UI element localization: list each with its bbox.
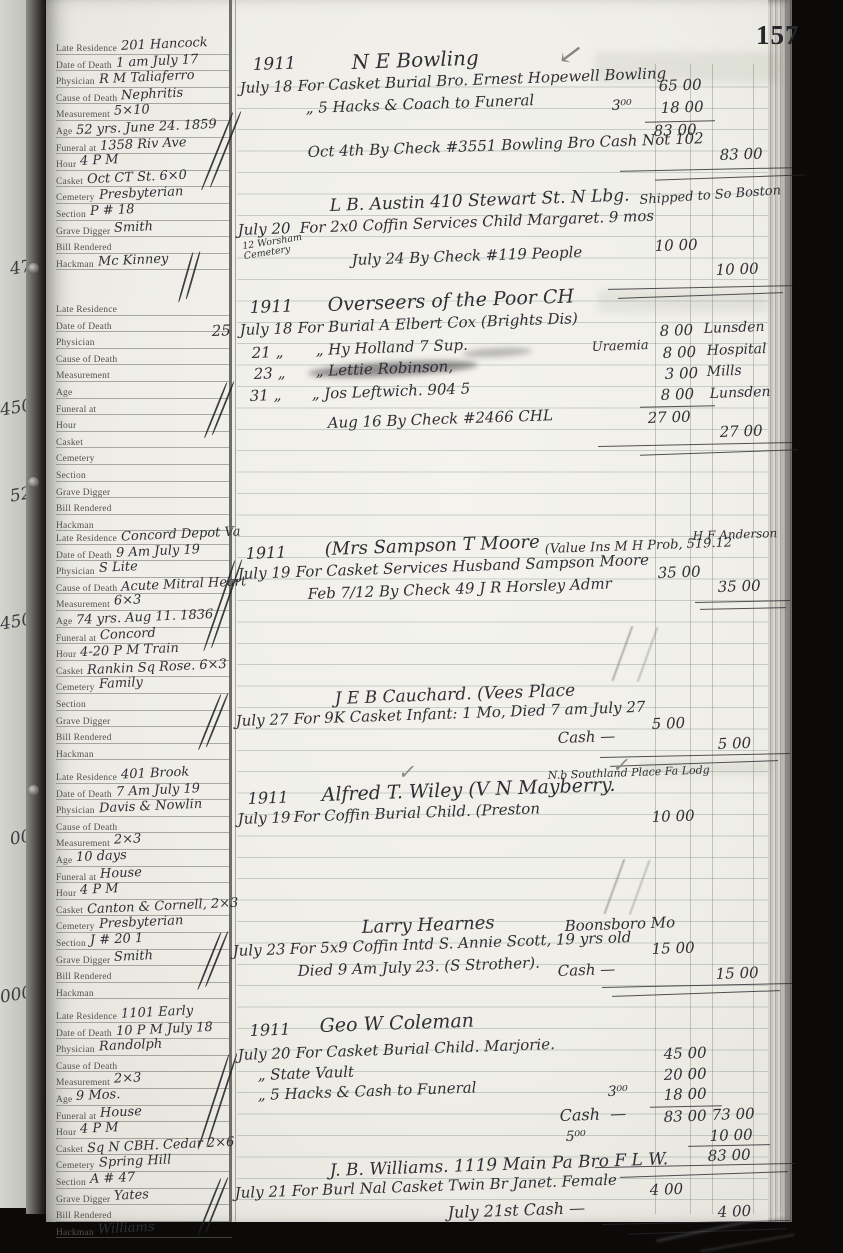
amount: 45 00 (663, 1046, 706, 1062)
cause-note: Uraemia (592, 339, 649, 354)
form-value: Nephritis (121, 85, 184, 103)
cash-note: July 21st Cash — (447, 1200, 585, 1221)
form-label: Bill Rendered (56, 504, 112, 514)
form-value: 9 Mos. (76, 1087, 121, 1104)
form-label: Physician (56, 77, 95, 87)
scanned-ledger-page: 474505245000000 157 Late Residence201 Ha… (0, 0, 843, 1253)
form-value: 401 Brook (121, 765, 190, 783)
form-value: 1101 Early (121, 1003, 194, 1021)
form-label: Cause of Death (56, 94, 117, 104)
form-label: Section (56, 939, 86, 949)
form-label: Hour (56, 650, 76, 660)
cash-note: Cash — (559, 1106, 626, 1124)
entry-date: 23 „ (253, 366, 285, 382)
form-label: Cause of Death (56, 355, 117, 365)
record-block-2: Late ResidenceDate of DeathPhysicianCaus… (56, 299, 232, 531)
form-row: Hour (56, 415, 232, 432)
amount: 35 00 (657, 565, 700, 581)
amount: 4 00 (649, 1182, 683, 1198)
row-number: 25 (211, 323, 231, 339)
form-label: Hour (56, 889, 76, 899)
entry-date: July 19 (237, 565, 290, 582)
form-row: SectionA # 47 (56, 1172, 232, 1189)
margin-note: Hospital (707, 342, 767, 358)
form-row: Bill Rendered (56, 498, 232, 515)
form-row: Age52 yrs. June 24. 1859 (56, 121, 232, 138)
form-value: 2×3 (114, 832, 142, 848)
form-value: Concord (100, 625, 156, 642)
form-row: CemeteryPresbyterian (56, 916, 232, 933)
form-row: Measurement2×3 (56, 833, 232, 850)
form-label: Funeral at (56, 405, 96, 415)
form-label: Casket (56, 438, 83, 448)
form-row: Funeral atHouse (56, 867, 232, 884)
form-label: Hour (56, 160, 76, 170)
form-label: Late Residence (56, 305, 117, 315)
form-label: Casket (56, 1145, 83, 1155)
form-label: Date of Death (56, 551, 112, 561)
form-row: Grave Digger (56, 711, 232, 728)
form-row: Date of Death (56, 316, 232, 333)
form-value: Presbyterian (98, 185, 183, 204)
form-value: 74 yrs. Aug 11. 1836 (76, 607, 214, 628)
form-label: Bill Rendered (56, 733, 112, 743)
form-label: Grave Digger (56, 488, 110, 498)
form-value: 5×10 (114, 103, 150, 120)
entry-description: „ State Vault (257, 1065, 354, 1083)
entry-date: 21 „ (251, 345, 283, 361)
amount-column-line (712, 64, 713, 1214)
form-label: Date of Death (56, 1029, 112, 1039)
form-label: Bill Rendered (56, 243, 112, 253)
record-block-3: Late ResidenceConcord Depot VaDate of De… (56, 528, 232, 760)
form-label: Age (56, 856, 72, 866)
form-label: Hour (56, 1128, 76, 1138)
form-label: Section (56, 210, 86, 220)
form-label: Hackman (56, 750, 94, 760)
form-label: Cemetery (56, 454, 95, 464)
account-name: N E Bowling (351, 48, 479, 72)
form-label: Cemetery (56, 922, 95, 932)
form-row: SectionJ # 20 1 (56, 933, 232, 950)
entry-year: 1911 (252, 56, 296, 74)
entry-year: 1911 (249, 1022, 290, 1039)
form-row: Grave DiggerSmith (56, 950, 232, 967)
form-value: 10 days (76, 848, 127, 865)
form-value: Smith (114, 219, 154, 236)
form-label: Bill Rendered (56, 972, 112, 982)
form-label: Physician (56, 806, 95, 816)
entry-date: 31 „ (249, 388, 281, 404)
form-row: PhysicianDavis & Nowlin (56, 800, 232, 817)
amount: 8 00 (662, 345, 696, 361)
edge-number-fragment: 52 (9, 483, 26, 506)
form-row: Section (56, 694, 232, 711)
binding-post (28, 785, 39, 796)
binding-post (28, 263, 39, 274)
form-row: PhysicianR M Taliaferro (56, 71, 232, 88)
form-label: Measurement (56, 600, 110, 610)
form-value: 9 Am July 19 (116, 542, 201, 561)
rate: 3⁰⁰ (608, 1084, 629, 1099)
form-row: Cause of DeathAcute Mitral Heart (56, 578, 232, 595)
edge-number-fragment: 450 (0, 609, 26, 634)
form-label: Casket (56, 906, 83, 916)
form-row: Date of Death7 Am July 19 (56, 784, 232, 801)
form-label: Grave Digger (56, 1195, 110, 1205)
form-row: PhysicianRandolph (56, 1039, 232, 1056)
form-label: Casket (56, 667, 83, 677)
form-row: Physician (56, 332, 232, 349)
subtotal: 27 00 (647, 410, 690, 426)
form-label: Cause of Death (56, 1062, 117, 1072)
form-label: Cause of Death (56, 584, 117, 594)
margin-note: Mills (707, 364, 742, 379)
form-value: 1358 Riv Ave (100, 135, 187, 154)
form-label: Section (56, 700, 86, 710)
form-label: Age (56, 388, 72, 398)
form-row: Cause of Death (56, 1056, 232, 1073)
form-row: Funeral at1358 Riv Ave (56, 138, 232, 155)
form-label: Funeral at (56, 873, 96, 883)
form-value: 6×3 (114, 593, 142, 609)
form-value: Concord Depot Va (121, 524, 241, 544)
form-row: CasketRankin Sq Rose. 6×3 (56, 661, 232, 678)
form-label: Hackman (56, 260, 94, 270)
form-row: Date of Death9 Am July 19 (56, 545, 232, 562)
form-row: Funeral at (56, 399, 232, 416)
form-label: Funeral at (56, 1112, 96, 1122)
margin-note: Lunsden (704, 320, 765, 336)
form-value: P # 18 (90, 202, 135, 219)
binding-post (28, 477, 39, 488)
form-row: Grave DiggerSmith (56, 221, 232, 238)
amount: 10 00 (709, 1128, 752, 1144)
form-label: Cemetery (56, 193, 95, 203)
book-binding (26, 0, 46, 1214)
form-row: Age74 yrs. Aug 11. 1836 (56, 611, 232, 628)
amount: 3 00 (664, 366, 698, 382)
form-row: SectionP # 18 (56, 204, 232, 221)
edge-number-fragment: 00 (9, 826, 26, 849)
amount: 5 00 (651, 716, 685, 732)
form-label: Hackman (56, 1228, 94, 1238)
form-label: Funeral at (56, 634, 96, 644)
cash-note: Cash — (557, 729, 615, 746)
form-label: Hackman (56, 989, 94, 999)
margin-note: Lunsden (710, 385, 771, 401)
form-row: Late Residence201 Hancock (56, 38, 232, 55)
previous-page-edge: 474505245000000 (0, 0, 26, 1208)
form-value: 52 yrs. June 24. 1859 (76, 117, 217, 138)
form-row: Bill Rendered (56, 237, 232, 254)
form-value: A # 47 (90, 1170, 136, 1187)
form-label: Measurement (56, 839, 110, 849)
form-label: Casket (56, 177, 83, 187)
form-value: 201 Hancock (121, 35, 208, 54)
amount: 65 00 (658, 78, 701, 94)
amount: 73 00 (711, 1107, 754, 1123)
form-row: Age9 Mos. (56, 1089, 232, 1106)
form-value: Mc Kinney (98, 251, 169, 269)
amount: 18 00 (660, 100, 703, 116)
form-row: Grave DiggerYates (56, 1189, 232, 1206)
form-row: HackmanMc Kinney (56, 254, 232, 271)
form-row: Late Residence401 Brook (56, 767, 232, 784)
entry-date: July 19 (237, 810, 290, 827)
amount: 10 00 (715, 262, 758, 278)
entry-date: July 18 (239, 79, 292, 96)
entry-year: 1911 (249, 299, 293, 317)
form-row: Cemetery (56, 448, 232, 465)
form-row: Section (56, 465, 232, 482)
form-row: Measurement (56, 365, 232, 382)
form-row: Measurement2×3 (56, 1072, 232, 1089)
form-value: Spring Hill (98, 1153, 171, 1171)
amount: 8 00 (659, 323, 693, 339)
form-value: R M Taliaferro (98, 68, 194, 87)
form-row: CemeteryPresbyterian (56, 187, 232, 204)
amount: 15 00 (715, 966, 758, 982)
form-row: Late ResidenceConcord Depot Va (56, 528, 232, 545)
form-value: 4 P M (80, 1120, 119, 1137)
amount: 10 00 (654, 238, 697, 254)
amount: 18 00 (663, 1087, 706, 1103)
cash-note: Cash — (557, 962, 615, 979)
amount: 27 00 (719, 424, 762, 440)
form-value: Presbyterian (98, 914, 183, 933)
form-label: Funeral at (56, 144, 96, 154)
form-row: Cause of Death (56, 349, 232, 366)
form-value: Smith (114, 948, 154, 965)
form-row: Grave Digger (56, 482, 232, 499)
amount: 10 00 (651, 809, 694, 825)
form-value: 4 P M (80, 152, 119, 169)
form-row: CemeterySpring Hill (56, 1155, 232, 1172)
form-value: 10 P M July 18 (116, 1019, 213, 1038)
entry-date: July 27 (235, 712, 288, 729)
amount: 15 00 (651, 941, 694, 957)
form-row: CemeteryFamily (56, 677, 232, 694)
form-value: S Lite (98, 559, 137, 576)
form-label: Physician (56, 567, 95, 577)
form-label: Hour (56, 421, 76, 431)
form-label: Grave Digger (56, 956, 110, 966)
form-label: Bill Rendered (56, 1211, 112, 1221)
amount: 4 00 (717, 1204, 751, 1220)
form-label: Cause of Death (56, 823, 117, 833)
form-row: Age (56, 382, 232, 399)
form-value: Randolph (98, 1037, 162, 1055)
form-value: Williams (98, 1219, 155, 1236)
entry-description: 5⁰⁰ (566, 1129, 587, 1144)
form-label: Late Residence (56, 44, 117, 54)
form-value: Yates (114, 1187, 150, 1204)
record-block-1: Late Residence201 HancockDate of Death1 … (56, 38, 232, 270)
form-label: Date of Death (56, 322, 112, 332)
form-value: House (100, 865, 143, 882)
form-value: Rankin Sq Rose. 6×3 (87, 657, 227, 678)
total: 83 00 (707, 1148, 750, 1164)
form-label: Date of Death (56, 61, 112, 71)
amount: 5 00 (717, 736, 751, 752)
form-value: 4-20 P M Train (80, 641, 179, 660)
entry-date: July 21 (234, 1184, 287, 1201)
form-row: Date of Death1 am July 17 (56, 55, 232, 72)
form-label: Late Residence (56, 534, 117, 544)
form-label: Late Residence (56, 1012, 117, 1022)
form-label: Section (56, 471, 86, 481)
form-label: Grave Digger (56, 227, 110, 237)
check-mark-icon: ✓ (397, 761, 414, 782)
form-value: Family (98, 675, 142, 692)
form-label: Late Residence (56, 773, 117, 783)
account-name: Geo W Coleman (319, 1012, 474, 1036)
form-value: J # 20 1 (90, 931, 144, 948)
form-row: Hour4 P M (56, 154, 232, 171)
form-label: Measurement (56, 371, 110, 381)
form-label: Section (56, 1178, 86, 1188)
form-value: Davis & Nowlin (98, 797, 202, 816)
edge-number-fragment: 47 (9, 256, 26, 279)
form-value: 4 P M (80, 881, 119, 898)
edge-number-fragment: 450 (0, 395, 26, 420)
amount: 83 00 (663, 1109, 706, 1125)
form-label: Date of Death (56, 790, 112, 800)
reflection-streak (701, 1234, 795, 1252)
form-label: Age (56, 127, 72, 137)
form-label: Grave Digger (56, 717, 110, 727)
entry-date: July 18 (239, 321, 292, 338)
form-label: Cemetery (56, 683, 95, 693)
rate: 3⁰⁰ (612, 98, 633, 113)
form-label: Measurement (56, 110, 110, 120)
form-value: House (100, 1104, 143, 1121)
amount: 8 00 (660, 387, 694, 403)
form-label: Age (56, 617, 72, 627)
entry-year: 1911 (247, 790, 288, 807)
entry-date: July 20 (237, 1046, 290, 1063)
form-value: 2×3 (114, 1071, 142, 1087)
form-label: Cemetery (56, 1161, 95, 1171)
form-row: Age10 days (56, 850, 232, 867)
amount: 35 00 (717, 579, 760, 595)
form-row: Late Residence (56, 299, 232, 316)
amount: 20 00 (663, 1067, 706, 1083)
entry-year: 1911 (245, 545, 286, 562)
form-row: Cause of Death (56, 817, 232, 834)
page-number: 157 (756, 20, 800, 51)
form-label: Physician (56, 1045, 95, 1055)
gutter-rule (235, 0, 236, 1222)
amount-column-line (753, 64, 754, 1214)
form-label: Physician (56, 338, 95, 348)
edge-number-fragment: 000 (0, 982, 26, 1007)
entry-date: July 23 (232, 942, 285, 959)
amount: 83 00 (719, 147, 762, 163)
form-label: Age (56, 1095, 72, 1105)
